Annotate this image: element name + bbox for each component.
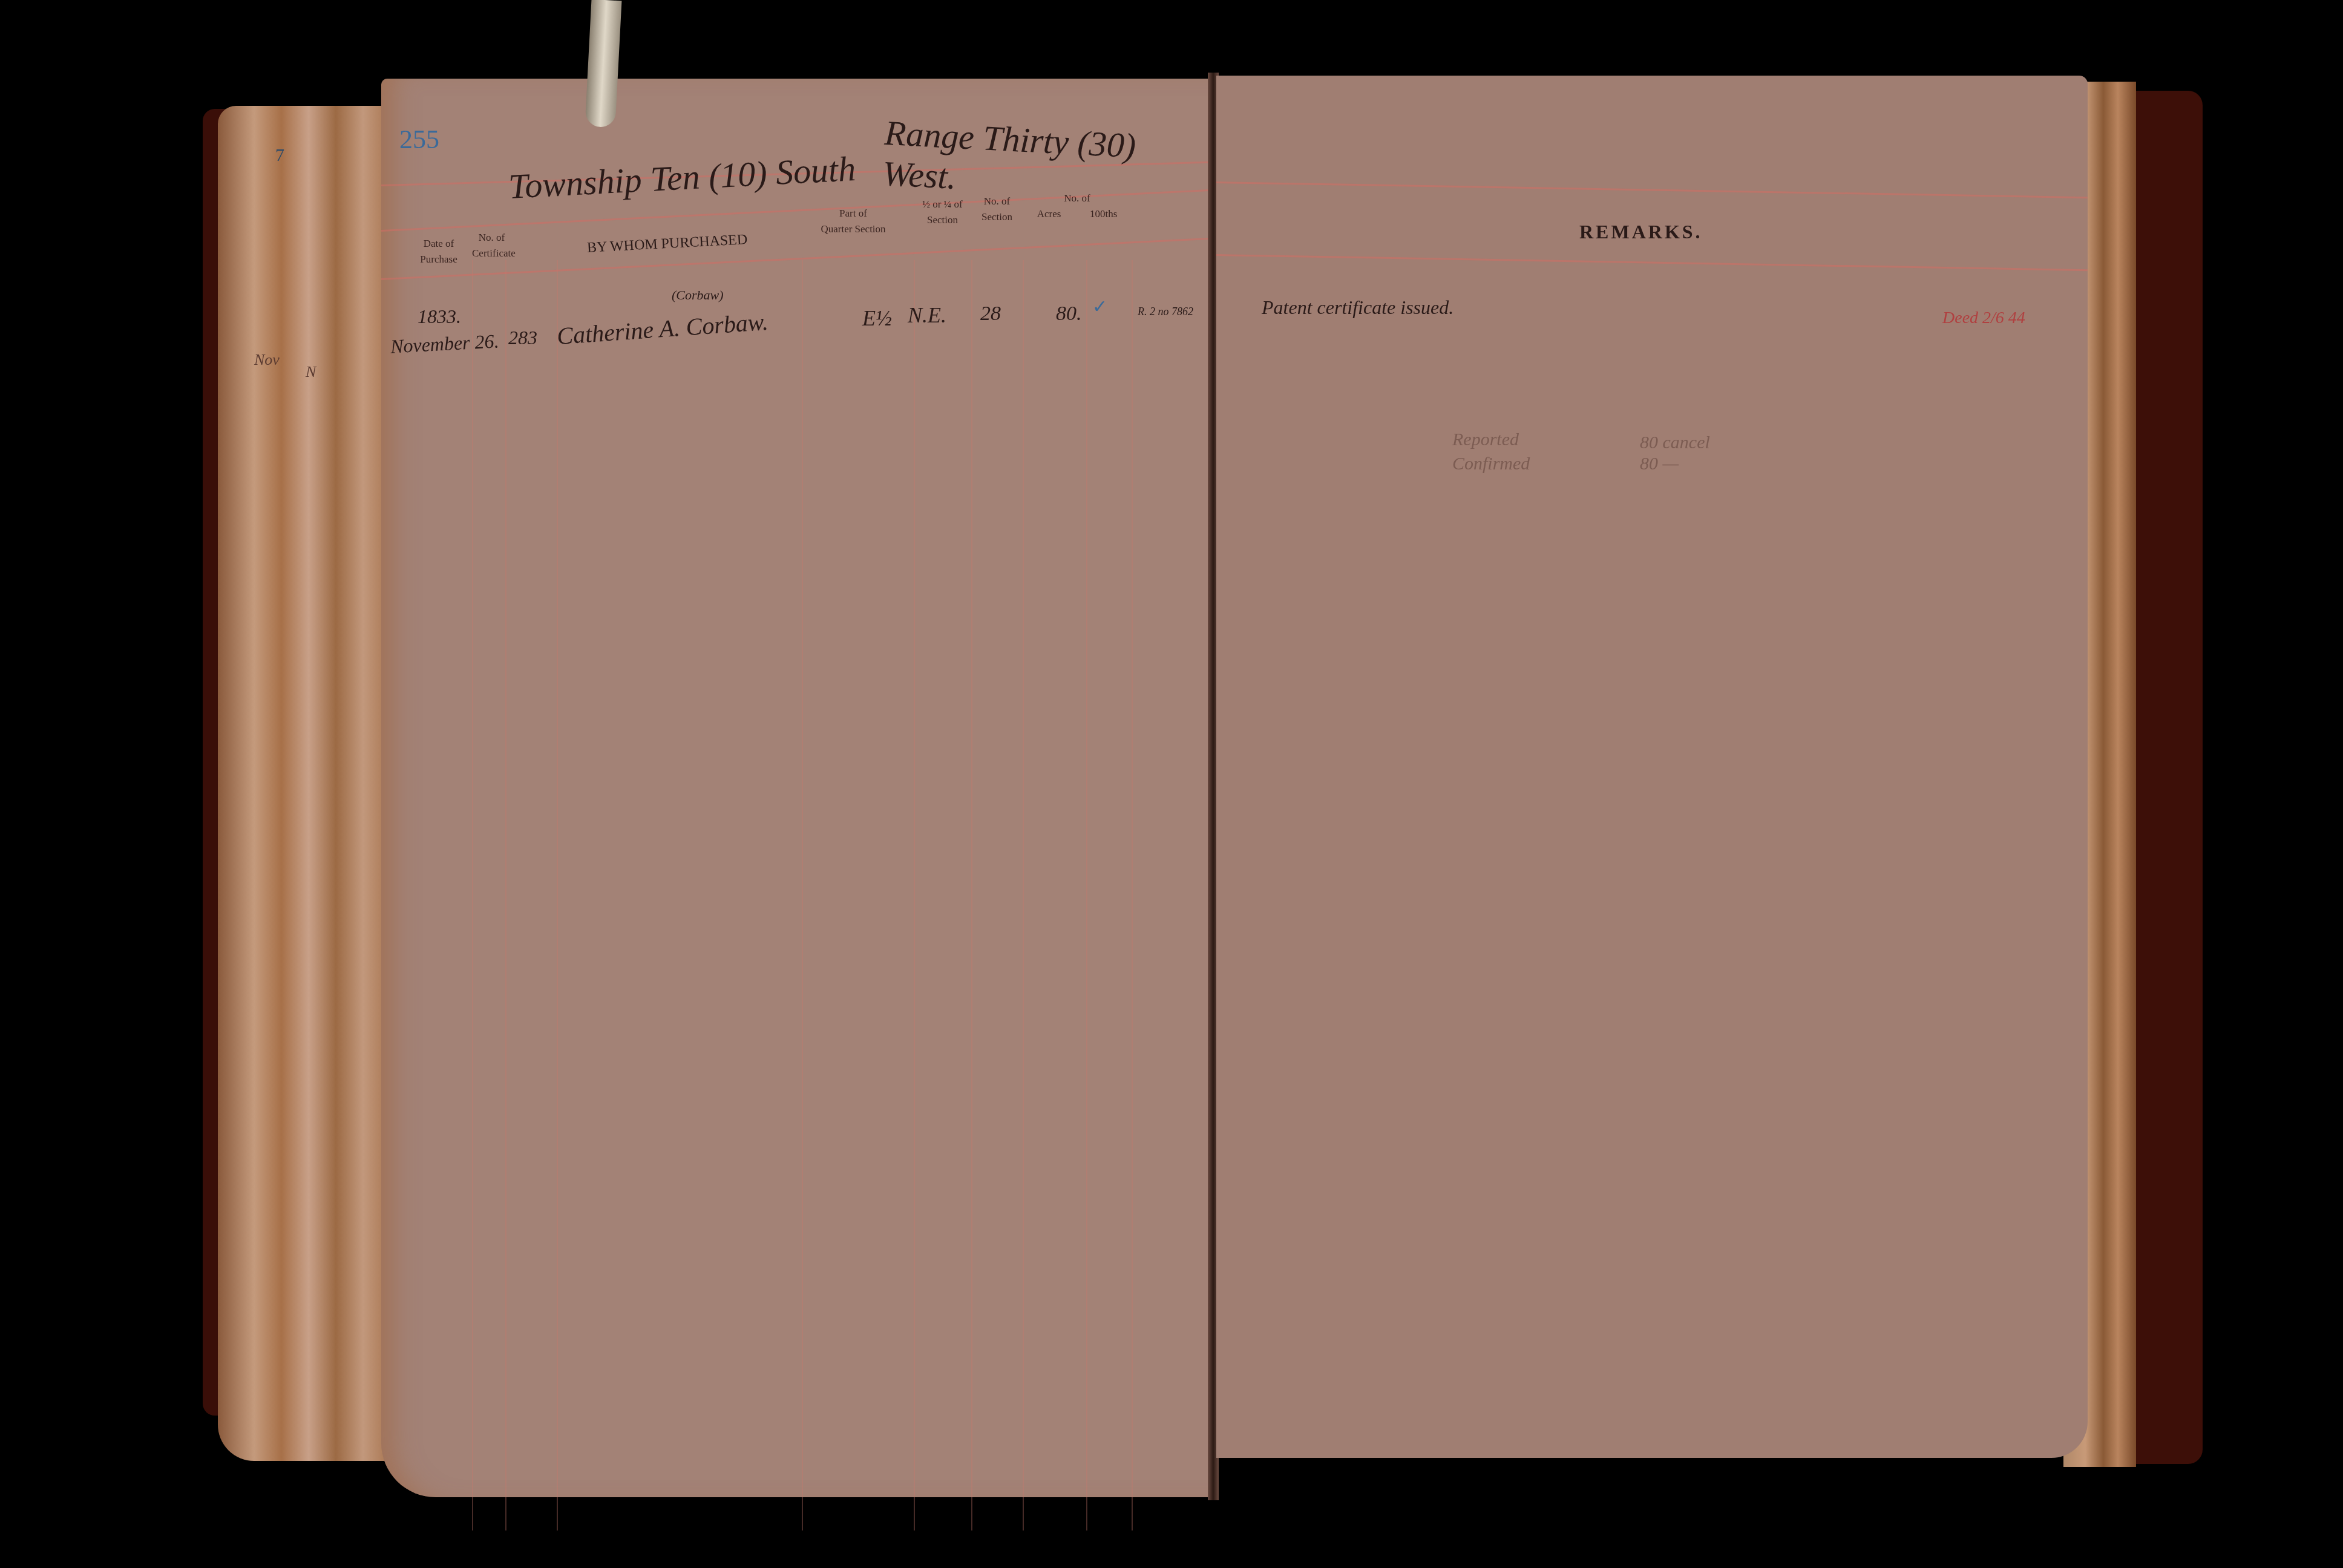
township-title: Township Ten (10) South [508, 148, 857, 207]
entry-purchaser: Catherine A. Corbaw. [556, 307, 769, 350]
col-header-certificate: No. ofCertificate [472, 230, 511, 261]
column-rule [971, 260, 972, 1530]
side-tab-number: 7 [275, 145, 284, 166]
header-rule-top [1216, 181, 2088, 198]
column-rule [802, 260, 803, 1530]
column-rule [1132, 260, 1133, 1530]
column-rule [505, 260, 506, 1530]
remark-red-note: Deed 2/6 44 [1942, 309, 2025, 328]
column-rule [1023, 260, 1024, 1530]
ledger-left-page: 255 Township Ten (10) South Range Thirty… [381, 79, 1213, 1497]
entry-section: 28 [980, 302, 1001, 325]
column-rule [914, 260, 915, 1530]
col-header-acres: No. of Acres100ths [1023, 191, 1132, 222]
header-rule-bottom [1216, 254, 2088, 271]
col-header-section: No. ofSection [971, 194, 1023, 225]
col-header-part-quarter: Part ofQuarter Section [811, 206, 896, 237]
entry-part-quarter: E½ [862, 305, 892, 331]
column-rule [1086, 260, 1087, 1530]
entry-purchaser-note: (Corbaw) [672, 287, 724, 303]
col-header-half-quarter: ½ or ¼ ofSection [914, 197, 971, 228]
col-header-purchaser: BY WHOM PURCHASED [586, 232, 747, 256]
side-tab-text: N [306, 363, 316, 381]
page-stack-left [218, 106, 399, 1461]
page-number: 255 [399, 124, 439, 155]
remarks-header: REMARKS. [1579, 221, 1703, 243]
column-rule [472, 260, 473, 1530]
column-rule [557, 260, 558, 1530]
col-header-date: Date ofPurchase [405, 236, 472, 267]
ledger-right-page: REMARKS. Patent certificate issued. Deed… [1216, 76, 2088, 1458]
side-tab-text: Nov [254, 351, 280, 369]
pencil-note-label: Reported [1452, 430, 1519, 450]
entry-year: 1833. [418, 305, 461, 328]
pencil-note-label: Confirmed [1452, 454, 1530, 474]
entry-quarter-section: N.E. [908, 302, 946, 328]
pencil-note-value: 80 — [1640, 454, 1679, 474]
entry-extra: R. 2 no 7862 [1138, 305, 1193, 318]
entry-date: November 26. [390, 330, 499, 358]
pencil-note-value: 80 cancel [1640, 433, 1710, 453]
remark-text: Patent certificate issued. [1262, 296, 1453, 319]
entry-acres: 80. [1056, 302, 1082, 325]
checkmark-icon: ✓ [1092, 296, 1107, 318]
entry-certificate: 283 [508, 327, 537, 349]
